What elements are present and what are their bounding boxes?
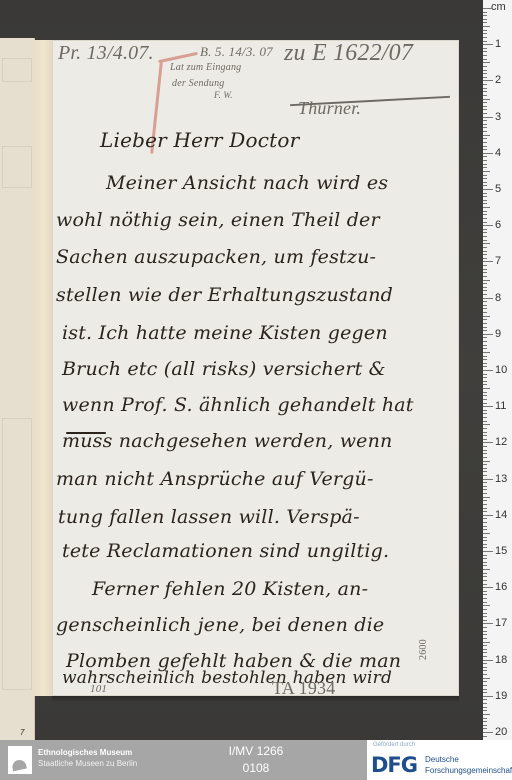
ruler-tick [483,131,487,132]
ruler-tick [483,251,487,252]
ruler-tick [483,15,487,16]
ruler-tick [483,88,487,89]
ruler-tick [483,84,487,85]
ruler-tick [483,471,487,472]
ruler-tick [483,660,493,661]
ruler-tick [483,446,487,447]
ruler-label: 12 [495,436,507,448]
ruler-tick [483,243,490,244]
ruler-tick [483,526,487,527]
ruler-tick [483,569,490,570]
ruler-tick [483,120,487,121]
ruler-tick [483,312,487,313]
ruler-tick [483,51,487,52]
signature-note: Thurner. [298,98,361,119]
ruler-tick [483,232,487,233]
ruler-tick [483,421,487,422]
ruler-tick [483,435,487,436]
ruler-tick [483,649,487,650]
ruler-tick [483,127,487,128]
ruler-tick [483,146,487,147]
ruler-label: 3 [495,111,501,123]
ruler-tick [483,164,487,165]
ruler-tick [483,544,487,545]
ruler-tick [483,91,487,92]
ruler-tick [483,301,487,302]
ruler-label: 17 [495,617,507,629]
body-line: wohl nöthig sein, einen Theil der [56,209,380,231]
page-number-pencil: 101 [90,683,107,695]
ruler-tick [483,207,490,208]
note-initials: F. W. [214,90,233,100]
ruler-label: 13 [495,473,507,485]
ruler-tick [483,413,487,414]
ruler-tick [483,699,487,700]
ruler-tick [483,642,490,643]
ruler-tick [483,48,487,49]
ruler-tick [483,225,493,226]
ruler-label: 19 [495,690,507,702]
ruler-tick [483,718,487,719]
ruler-tick [483,417,487,418]
ruler-tick [483,533,490,534]
ruler-label: 5 [495,183,501,195]
body-line: stellen wie der Erhaltungszustand [56,284,393,306]
back-page: 7 [0,38,35,740]
ruler-tick [483,203,487,204]
dfg-name-line-2: Forschungsgemeinschaft [425,766,512,775]
ruler-tick [483,272,487,273]
paper-shadow [52,696,459,702]
ruler-tick [483,388,490,389]
ruler-tick [483,681,487,682]
ruler-tick [483,62,490,63]
ruler-tick [483,403,487,404]
ruler-tick [483,287,487,288]
ruler-tick [483,26,490,27]
ruler-tick [483,33,487,34]
ruler-tick [483,175,487,176]
ruler-tick [483,200,487,201]
ruler-tick [483,276,487,277]
ruler-tick [483,638,487,639]
body-line: muss nachgesehen werden, wenn [62,430,393,452]
ruler-tick [483,678,490,679]
ruler-tick [483,182,487,183]
ruler-tick [483,363,487,364]
side-number-pencil: 2600 [418,639,429,660]
ruler-tick [483,508,487,509]
ruler-tick [483,323,487,324]
ruler-tick [483,482,487,483]
ruler-tick [483,261,493,262]
ruler-tick [483,609,487,610]
ruler-tick [483,142,487,143]
ruler-tick [483,468,487,469]
ruler-label: 10 [495,364,507,376]
ruler-label: 11 [495,400,506,412]
dfg-funding-box: Gefördert durch DFG Deutsche Forschungsg… [367,740,512,780]
back-page-mark: 7 [20,728,24,737]
ruler-tick [483,109,487,110]
ruler-tick [483,399,487,400]
ruler-tick [483,424,490,425]
ruler-tick [483,352,490,353]
ruler-tick [483,493,487,494]
ruler-tick [483,294,487,295]
ruler-tick [483,439,487,440]
ruler-tick [483,504,487,505]
body-line: man nicht Ansprüche auf Vergü- [56,468,374,490]
ruler-tick [483,138,487,139]
ruler-tick [483,178,487,179]
ruler-label: 2 [495,74,501,86]
ruler-tick [483,189,493,190]
ruler-tick [483,77,487,78]
ruler-tick [483,117,493,118]
ruler-tick [483,59,487,60]
ruler-tick [483,269,487,270]
ruler-label: 1 [495,38,501,50]
ruler-tick [483,37,487,38]
ruler-tick [483,214,487,215]
ruler-tick [483,551,493,552]
ruler-tick [483,196,487,197]
ruler-label: 18 [495,654,507,666]
ruler-tick [483,562,487,563]
ruler-tick [483,555,487,556]
ruler-tick [483,359,487,360]
ruler-tick [483,171,490,172]
ruler-tick [483,334,493,335]
ruler-tick [483,135,490,136]
note-line-3: der Sendung [172,78,224,89]
ruler-tick [483,73,487,74]
ruler-tick [483,515,493,516]
ruler-tick [483,395,487,396]
ruler-tick [483,327,487,328]
ruler-tick [483,330,487,331]
ruler-tick [483,211,487,212]
ruler-tick [483,377,487,378]
ruler-tick [483,710,487,711]
ruler-tick [483,529,487,530]
funding-label: Gefördert durch [373,742,415,748]
body-line: tung fallen lassen will. Verspä- [58,506,360,528]
ruler-tick [483,689,487,690]
ruler-label: 4 [495,147,501,159]
ruler-tick [483,366,487,367]
ruler-tick [483,547,487,548]
body-line: Ferner fehlen 20 Kisten, an- [92,578,368,600]
body-line: genscheinlich jene, bei denen die [56,614,384,636]
ruler-tick [483,580,487,581]
ruler-tick [483,8,493,9]
ruler-tick [483,500,487,501]
ruler-tick [483,290,487,291]
body-line: Meiner Ansicht nach wird es [106,172,388,194]
dfg-logo-icon: DFG [371,753,417,777]
ruler-tick [483,99,490,100]
ruler-tick [483,30,487,31]
faint-form-box [2,418,32,690]
ruler-tick [483,247,487,248]
ruler-tick [483,587,493,588]
ruler-tick [483,167,487,168]
ruler-label: 15 [495,545,507,557]
ruler-tick [483,631,487,632]
ruler-tick [483,236,487,237]
ruler-tick [483,453,487,454]
ruler-tick [483,605,490,606]
ruler-tick [483,594,487,595]
ruler-tick [483,518,487,519]
ruler-tick [483,707,487,708]
ruler-tick [483,674,487,675]
ruler-tick [483,149,487,150]
ruler-tick [483,308,487,309]
underline-muss [66,432,106,434]
ruler-tick [483,591,487,592]
ruler-tick [483,316,490,317]
ruler-tick [483,537,487,538]
ruler-tick [483,156,487,157]
ruler-tick [483,106,487,107]
ruler-tick [483,240,487,241]
archive-code-pencil: TA 1934 [272,678,335,699]
ruler-tick [483,392,487,393]
ruler-tick [483,692,487,693]
ruler-tick [483,736,487,737]
ruler-label: 6 [495,219,501,231]
ruler-label: 16 [495,581,507,593]
ruler-tick [483,80,493,81]
dfg-name-line-1: Deutsche [425,755,459,764]
ruler-tick [483,66,487,67]
faint-stamp-box [2,58,32,82]
ruler-label: 20 [495,726,507,738]
ruler-tick [483,573,487,574]
ruler-tick [483,670,487,671]
ruler-tick [483,305,487,306]
body-line: Sachen auszupacken, um festzu- [56,246,376,268]
ruler-tick [483,725,487,726]
ruler-tick [483,280,490,281]
ruler-tick [483,70,487,71]
received-date-pencil: Pr. 13/4.07. [58,42,154,65]
ruler-tick [483,489,487,490]
ruler-tick [483,522,487,523]
ruler-tick [483,254,487,255]
ruler-tick [483,663,487,664]
ruler-tick [483,645,487,646]
note-line-2: Lat zum Eingang [170,62,241,73]
ruler-tick [483,497,490,498]
note-line-1: B. 5. 14/3. 07 [200,44,273,60]
ruler-tick [483,685,487,686]
ruler-tick [483,41,487,42]
ruler-tick [483,464,487,465]
ruler-tick [483,540,487,541]
ruler-tick [483,410,487,411]
ruler-tick [483,337,487,338]
ruler-tick [483,113,487,114]
body-line: tete Reclamationen sind ungiltig. [62,540,389,562]
ruler-tick [483,613,487,614]
ruler-tick [483,576,487,577]
ruler-tick [483,185,487,186]
ruler-tick [483,479,493,480]
ruler-tick [483,721,487,722]
ruler-tick [483,370,493,371]
reference-number: zu E 1622/07 [284,40,413,67]
ruler-tick [483,22,487,23]
ruler-tick [483,345,487,346]
ruler-tick [483,381,487,382]
ruler-tick [483,12,487,13]
body-line: ist. Ich hatte meine Kisten gegen [62,322,388,344]
ruler-tick [483,406,493,407]
ruler-tick [483,442,493,443]
ruler-tick [483,634,487,635]
ruler-tick [483,558,487,559]
ruler-tick [483,432,487,433]
body-line: Bruch etc (all risks) versichert & [62,358,386,380]
ruler-tick [483,486,487,487]
ruler-tick [483,457,487,458]
ruler-tick [483,283,487,284]
ruler-tick [483,222,487,223]
ruler-tick [483,193,487,194]
ruler-tick [483,95,487,96]
ruler-tick [483,656,487,657]
ruler-tick [483,19,487,20]
ruler-tick [483,652,487,653]
ruler-tick [483,218,487,219]
ruler-tick [483,374,487,375]
ruler-tick [483,667,487,668]
ruler-tick [483,55,487,56]
ruler-tick [483,627,487,628]
binding-strip [33,40,53,696]
ruler-tick [483,703,487,704]
ruler-tick [483,348,487,349]
ruler-label: 7 [495,255,501,267]
ruler-label: 14 [495,509,507,521]
ruler-tick [483,620,487,621]
ruler-tick [483,258,487,259]
ruler-tick [483,728,487,729]
centimeter-ruler: cm 1234567891011121314151617181920 [483,0,512,740]
ruler-tick [483,696,493,697]
ruler-tick [483,475,487,476]
ruler-label: 8 [495,292,501,304]
body-line: wahrscheinlich bestohlen haben wird [62,668,392,688]
ruler-tick [483,584,487,585]
ruler-tick [483,714,490,715]
ruler-tick [483,450,487,451]
ruler-tick [483,602,487,603]
ruler-tick [483,153,493,154]
ruler-tick [483,616,487,617]
ruler-label: 9 [495,328,501,340]
ruler-tick [483,44,493,45]
ruler-tick [483,356,487,357]
ruler-tick [483,598,487,599]
ruler-tick [483,298,493,299]
ruler-tick [483,160,487,161]
ruler-tick [483,124,487,125]
ruler-tick [483,319,487,320]
ruler-tick [483,102,487,103]
salutation: Lieber Herr Doctor [100,128,299,152]
ruler-tick [483,229,487,230]
ruler-tick [483,565,487,566]
ruler-tick [483,428,487,429]
ruler-tick [483,623,493,624]
ruler-tick [483,341,487,342]
faint-stamp-box [2,146,32,188]
body-line: wenn Prof. S. ähnlich gehandelt hat [62,394,414,416]
ruler-tick [483,732,493,733]
ruler-tick [483,511,487,512]
ruler-tick [483,461,490,462]
ruler-tick [483,384,487,385]
ruler-tick [483,265,487,266]
ruler-unit: cm [491,1,506,13]
